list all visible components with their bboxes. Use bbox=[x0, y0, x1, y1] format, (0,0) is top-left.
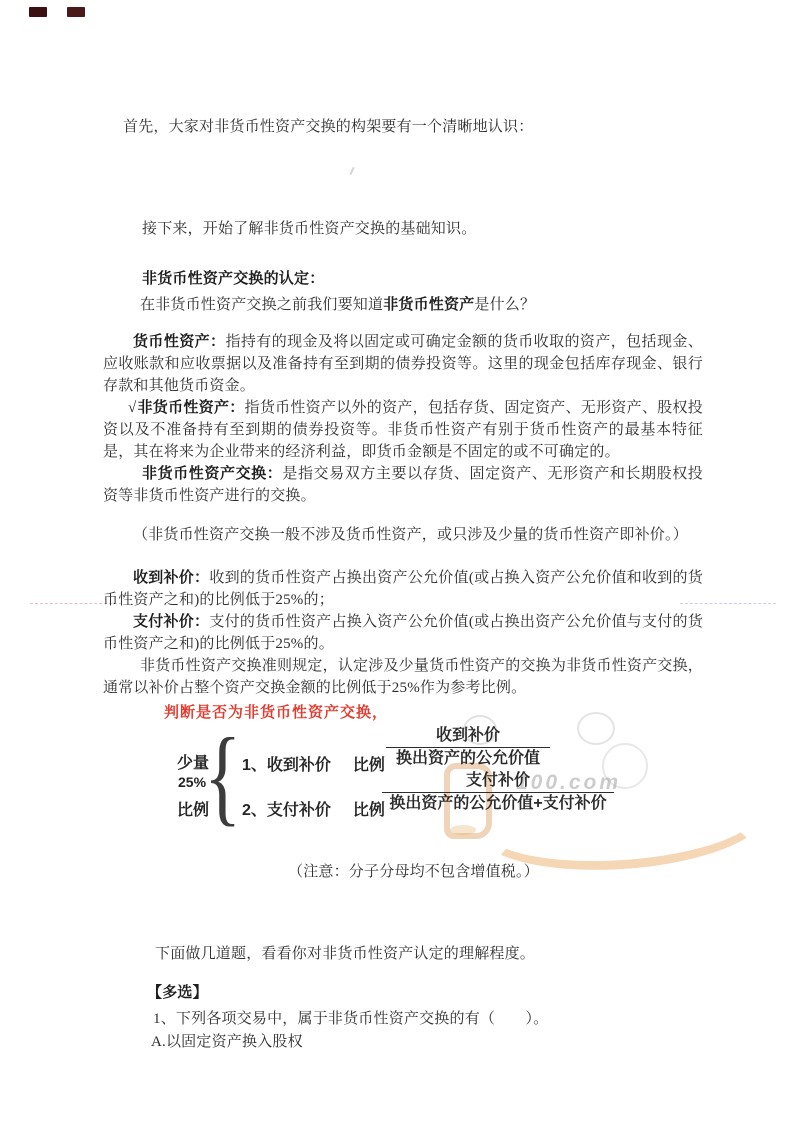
diagram-row-1: 1、收到补价比例 bbox=[242, 752, 385, 775]
parenthetical-note: （非货币性资产交换一般不涉及货币性资产，或只涉及少量的货币性资产即补价。） bbox=[133, 524, 688, 546]
monetary-assets-term: 货币性资产： bbox=[133, 334, 225, 350]
scan-artifact-mark bbox=[67, 7, 85, 17]
question-pre: 在非货币性资产交换之前我们要知道 bbox=[140, 297, 383, 313]
non-monetary-assets-definition: √非货币性资产：指货币性资产以外的资产，包括存货、固定资产、无形资产、股权投资以… bbox=[103, 397, 703, 463]
fraction-2-denominator: 换出资产的公允价值+支付补价 bbox=[382, 793, 614, 814]
paid-premium-term: 支付补价： bbox=[133, 614, 209, 630]
scan-artifact-mark bbox=[29, 7, 47, 17]
brace-glyph: { bbox=[204, 721, 241, 833]
question-post: 是什么？ bbox=[474, 297, 535, 313]
fraction-2-numerator: 支付补价 bbox=[382, 771, 614, 793]
received-premium-definition: 收到补价：收到的货币性资产占换出资产公允价值(或占换入资产公允价值和收到的货币性… bbox=[103, 567, 703, 611]
fraction-1-denominator: 换出资产的公允价值 bbox=[386, 748, 550, 769]
question-bold-term: 非货币性资产 bbox=[383, 297, 474, 313]
row-1-ratio-label: 比例 bbox=[353, 757, 385, 774]
practice-intro: 下面做几道题，看看你对非货币性资产认定的理解程度。 bbox=[155, 943, 535, 965]
monetary-assets-definition: 货币性资产：指持有的现金及将以固定或可确定金额的货币收取的资产，包括现金、应收账… bbox=[103, 331, 703, 397]
exchange-term: 非货币性资产交换： bbox=[142, 466, 282, 482]
vat-note: （注意：分子分母均不包含增值税。） bbox=[288, 861, 539, 883]
side-label-25-percent: 25% bbox=[178, 774, 206, 790]
quiz-type-tag: 【多选】 bbox=[147, 982, 208, 1004]
document-page: { "colors": { "diagram_title_red": "#e23… bbox=[0, 0, 800, 1132]
fraction-1-numerator: 收到补价 bbox=[386, 726, 550, 748]
exchange-definition: 非货币性资产交换：是指交易双方主要以存货、固定资产、无形资产和长期股权投资等非货… bbox=[103, 463, 703, 507]
fraction-paid-premium: 支付补价 换出资产的公允价值+支付补价 bbox=[382, 771, 614, 814]
diagram-title: 判断是否为非货币性资产交换， bbox=[164, 701, 388, 722]
paid-premium-definition: 支付补价：支付的货币性资产占换入资产公允价值(或占换出资产公允价值与支付的货币性… bbox=[103, 611, 703, 655]
non-monetary-assets-term: 非货币性资产： bbox=[137, 400, 244, 416]
diagram-row-2: 2、支付补价比例 bbox=[242, 797, 385, 820]
lead-in-paragraph: 接下来，开始了解非货币性资产交换的基础知识。 bbox=[103, 218, 703, 240]
row-2-name: 支付补价 bbox=[267, 802, 331, 819]
row-1-name: 收到补价 bbox=[267, 757, 331, 774]
rule-paragraph: 非货币性资产交换准则规定，认定涉及少量货币性资产的交换为非货币性资产交换，通常以… bbox=[103, 655, 703, 699]
quiz-question-1: 1、下列各项交易中，属于非货币性资产交换的有（ ）。 bbox=[153, 1008, 548, 1030]
row-1-index: 1、 bbox=[242, 757, 267, 774]
fraction-received-premium: 收到补价 换出资产的公允价值 bbox=[386, 726, 550, 769]
watermark-dot-icon bbox=[450, 825, 476, 835]
row-2-index: 2、 bbox=[242, 802, 267, 819]
criteria-diagram: 100.com 判断是否为非货币性资产交换， 少量 25% 比例 { 1、收到补… bbox=[150, 697, 662, 847]
row-2-ratio-label: 比例 bbox=[353, 802, 385, 819]
scan-speck bbox=[349, 167, 354, 175]
red-checkmark-icon: √ bbox=[128, 400, 136, 416]
quiz-option-a: A.以固定资产换入股权 bbox=[151, 1031, 303, 1053]
watermark-circle-icon bbox=[577, 712, 615, 745]
received-premium-term: 收到补价： bbox=[133, 570, 209, 586]
definition-intro-line: 在非货币性资产交换之前我们要知道非货币性资产是什么？ bbox=[140, 294, 535, 316]
section-heading: 非货币性资产交换的认定： bbox=[142, 268, 324, 290]
intro-paragraph: 首先，大家对非货币性资产交换的构架要有一个清晰地认识： bbox=[103, 116, 703, 138]
